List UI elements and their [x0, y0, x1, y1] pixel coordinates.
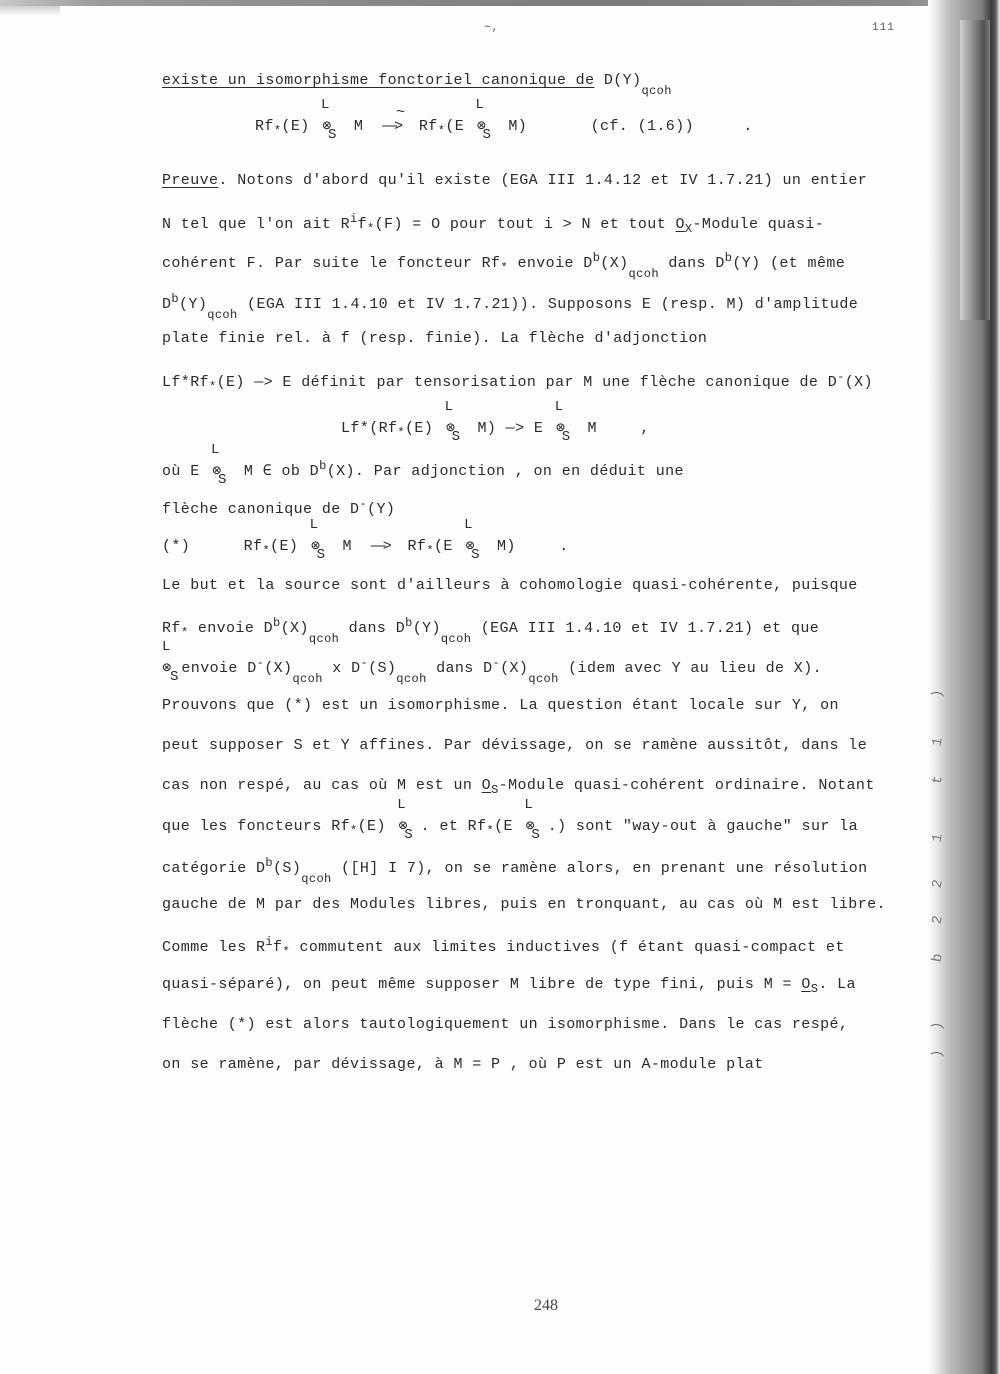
- text-line: L⊗S envoie D-(X)qcoh x D-(S)qcoh dans D-…: [162, 656, 822, 680]
- text-line: Rf* envoie Db(X)qcoh dans Db(Y)qcoh (EGA…: [162, 616, 819, 640]
- text-line: gauche de M par des Modules libres, puis…: [162, 896, 886, 913]
- text-line: où E L⊗S M ∈ ob Db(X). Par adjonction , …: [162, 459, 684, 480]
- equation-star: (*) Rf*(E) L⊗S M ——> Rf*(E L⊗S M) .: [162, 536, 569, 558]
- header-mark-right: 111: [872, 22, 895, 34]
- derived-tensor-symbol: L⊗S: [553, 418, 569, 437]
- derived-tensor-symbol: L⊗S: [209, 461, 225, 480]
- text-line: flèche canonique de D-(Y): [162, 497, 395, 518]
- text-line: Preuve. Notons d'abord qu'il existe (EGA…: [162, 172, 867, 189]
- derived-tensor-symbol: L⊗S: [474, 116, 490, 135]
- iso-arrow: ~——>: [382, 118, 400, 135]
- text-line: plate finie rel. à f (resp. finie). La f…: [162, 330, 707, 347]
- text-line: N tel que l'on ait Rif*(F) = O pour tout…: [162, 212, 824, 236]
- derived-tensor-symbol: L⊗S: [522, 816, 538, 835]
- derived-tensor-symbol: L⊗S: [395, 816, 411, 835]
- text-line: catégorie Db(S)qcoh ([H] I 7), on se ram…: [162, 856, 868, 880]
- derived-tensor-symbol: L⊗S: [308, 536, 324, 555]
- scan-top-edge: [0, 0, 1000, 6]
- text-line: Comme les Rif* commutent aux limites ind…: [162, 935, 845, 959]
- scan-binding-dark-band: [960, 20, 990, 320]
- text-line: quasi-séparé), on peut même supposer M l…: [162, 976, 856, 996]
- derived-tensor-symbol: L⊗S: [319, 116, 335, 135]
- derived-tensor-symbol: L⊗S: [443, 418, 459, 437]
- text-line: Db(Y)qcoh (EGA III 1.4.10 et IV 1.7.21))…: [162, 292, 858, 316]
- text-line: Lf*Rf*(E) —> E définit par tensorisation…: [162, 370, 873, 394]
- derived-tensor-symbol: L⊗S: [162, 658, 172, 677]
- proof-heading: Preuve: [162, 172, 218, 189]
- derived-tensor-symbol: L⊗S: [462, 536, 478, 555]
- arrow: ——>: [371, 538, 389, 555]
- text-line: peut supposer S et Y affines. Par déviss…: [162, 737, 867, 754]
- text-line: existe un isomorphisme fonctoriel canoni…: [162, 72, 672, 92]
- equation-1: Rf*(E) L⊗S M ~——> Rf*(E L⊗S M) (cf. (1.6…: [255, 116, 753, 138]
- page-number: 248: [534, 1297, 558, 1315]
- text-line: cohérent F. Par suite le foncteur Rf* en…: [162, 251, 845, 275]
- text-line: Prouvons que (*) est un isomorphisme. La…: [162, 697, 839, 714]
- text-line: flèche (*) est alors tautologiquement un…: [162, 1016, 848, 1033]
- header-mark-center: ~,: [484, 22, 499, 34]
- scan-corner-shadow: [0, 6, 60, 16]
- text-line: que les foncteurs Rf*(E) L⊗S . et Rf*(E …: [162, 816, 858, 838]
- text-line: cas non respé, au cas où M est un OS-Mod…: [162, 777, 875, 797]
- text-line: on se ramène, par dévissage, à M = P , o…: [162, 1056, 764, 1073]
- equation-2: Lf*(Rf*(E) L⊗S M) —> E L⊗S M ,: [341, 418, 650, 440]
- equation-label: (*): [162, 538, 190, 555]
- text-line: Le but et la source sont d'ailleurs à co…: [162, 577, 858, 594]
